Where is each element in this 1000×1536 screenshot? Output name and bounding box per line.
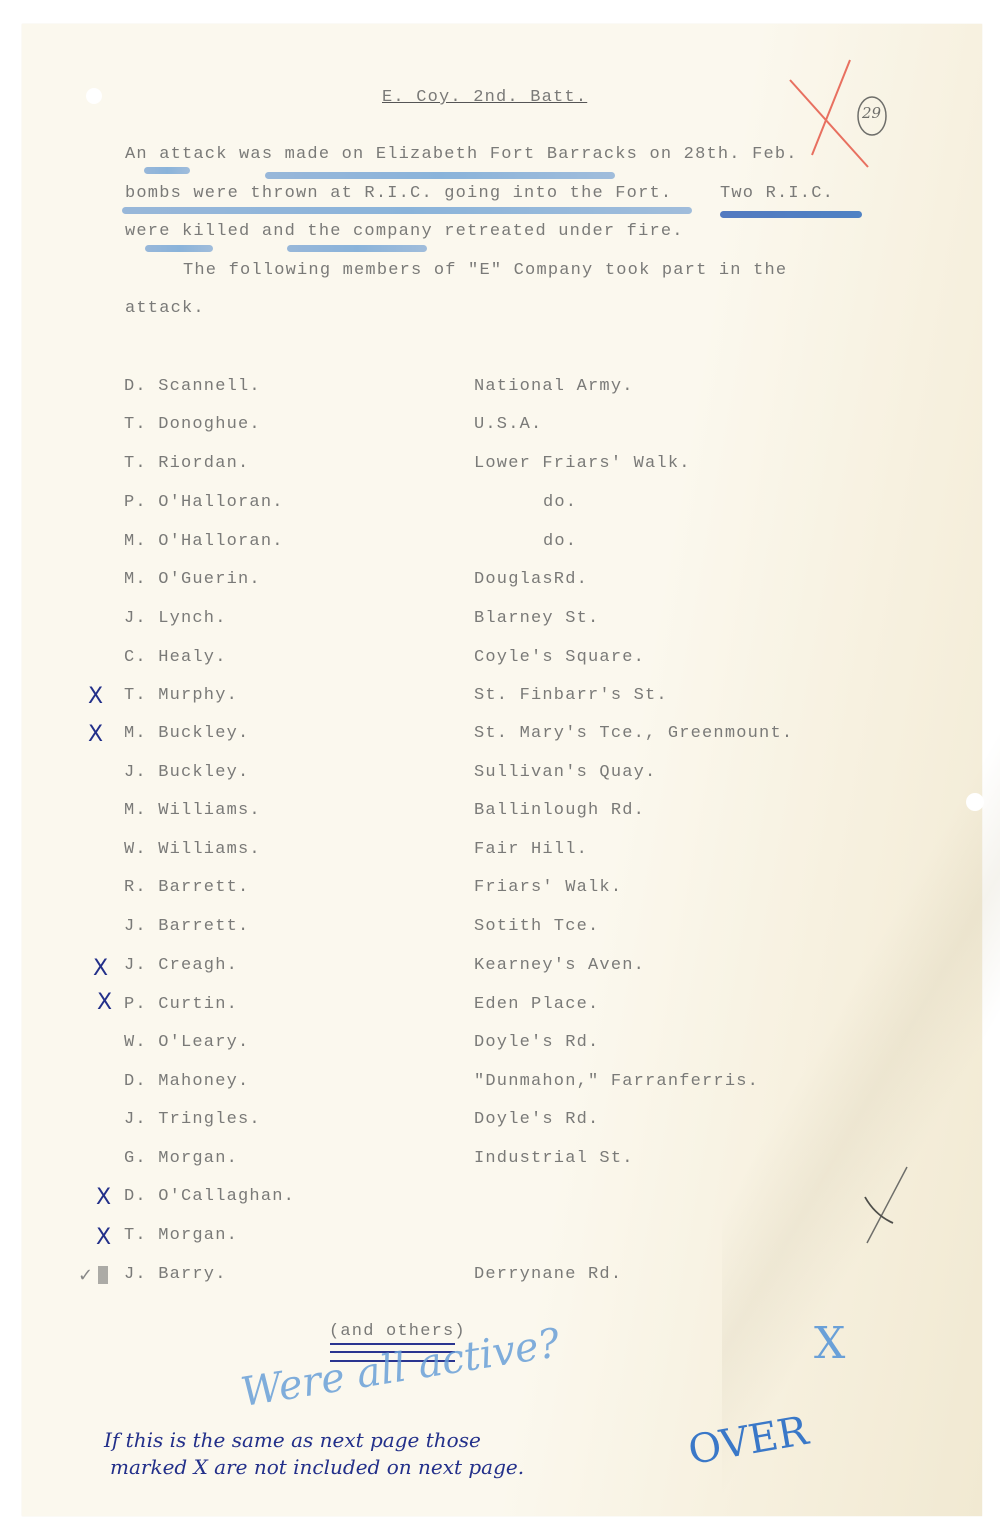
member-name: J. Creagh. xyxy=(124,956,238,975)
x-mark-icon: X xyxy=(88,686,103,708)
punch-hole-right xyxy=(966,793,984,811)
scribble-mark-icon xyxy=(98,1266,108,1284)
page-title: E. Coy. 2nd. Batt. xyxy=(382,88,587,107)
member-name: W. Williams. xyxy=(124,840,261,859)
member-name: C. Healy. xyxy=(124,648,227,667)
page-number: 29 xyxy=(862,104,881,122)
highlight xyxy=(287,245,427,252)
pencil-cross-icon xyxy=(855,1165,915,1245)
member-address: do. xyxy=(543,532,577,551)
member-name: P. O'Halloran. xyxy=(124,493,284,512)
member-address: Industrial St. xyxy=(474,1149,634,1168)
member-name: J. Barrett. xyxy=(124,917,249,936)
member-name: D. Mahoney. xyxy=(124,1072,249,1091)
member-address: DouglasRd. xyxy=(474,570,588,589)
paragraph-line: An attack was made on Elizabeth Fort Bar… xyxy=(125,145,798,164)
member-address: Kearney's Aven. xyxy=(474,956,645,975)
x-mark-icon: X xyxy=(96,1187,111,1209)
member-address: Doyle's Rd. xyxy=(474,1110,599,1129)
member-name: M. Williams. xyxy=(124,801,261,820)
checkmark-icon: ✓ xyxy=(78,1265,93,1287)
member-name: T. Morgan. xyxy=(124,1226,238,1245)
member-name: J. Lynch. xyxy=(124,609,227,628)
x-mark-icon: X xyxy=(96,1227,111,1249)
highlight xyxy=(720,211,862,218)
member-address: Ballinlough Rd. xyxy=(474,801,645,820)
handwritten-note-line-2: marked X are not included on next page. xyxy=(110,1455,524,1479)
punch-hole-left xyxy=(86,88,102,104)
member-address: Sotith Tce. xyxy=(474,917,599,936)
paragraph-line: were killed and the company retreated un… xyxy=(125,222,684,241)
handwritten-note-line-1: If this is the same as next page those xyxy=(104,1428,481,1452)
member-name: T. Murphy. xyxy=(124,686,238,705)
member-name: T. Riordan. xyxy=(124,454,249,473)
member-name: R. Barrett. xyxy=(124,878,249,897)
paragraph-line: Two R.I.C. xyxy=(720,184,834,203)
member-address: Coyle's Square. xyxy=(474,648,645,667)
member-name: J. Tringles. xyxy=(124,1110,261,1129)
member-name: W. O'Leary. xyxy=(124,1033,249,1052)
member-name: D. O'Callaghan. xyxy=(124,1187,295,1206)
x-mark-icon: X xyxy=(93,958,108,980)
member-address: St. Mary's Tce., Greenmount. xyxy=(474,724,793,743)
member-address: Doyle's Rd. xyxy=(474,1033,599,1052)
member-address: Fair Hill. xyxy=(474,840,588,859)
member-name: G. Morgan. xyxy=(124,1149,238,1168)
member-address: National Army. xyxy=(474,377,634,396)
paragraph-line: attack. xyxy=(125,299,205,318)
member-address: "Dunmahon," Farranferris. xyxy=(474,1072,759,1091)
member-address: U.S.A. xyxy=(474,415,542,434)
highlight xyxy=(265,172,615,179)
highlight xyxy=(145,245,213,252)
margin-x-mark: X xyxy=(814,1318,845,1369)
member-address: Blarney St. xyxy=(474,609,599,628)
x-mark-icon: X xyxy=(88,724,103,746)
member-name: D. Scannell. xyxy=(124,377,261,396)
member-name: M. Buckley. xyxy=(124,724,249,743)
member-name: M. O'Guerin. xyxy=(124,570,261,589)
member-name: P. Curtin. xyxy=(124,995,238,1014)
member-name: J. Barry. xyxy=(124,1265,227,1284)
paragraph-line: bombs were thrown at R.I.C. going into t… xyxy=(125,184,672,203)
member-address: Sullivan's Quay. xyxy=(474,763,656,782)
member-address: Friars' Walk. xyxy=(474,878,622,897)
member-name: J. Buckley. xyxy=(124,763,249,782)
member-name: M. O'Halloran. xyxy=(124,532,284,551)
highlight xyxy=(122,207,692,214)
member-address: Derrynane Rd. xyxy=(474,1265,622,1284)
member-address: St. Finbarr's St. xyxy=(474,686,668,705)
member-name: T. Donoghue. xyxy=(124,415,261,434)
highlight xyxy=(144,167,190,174)
x-mark-icon: X xyxy=(97,992,112,1014)
member-address: do. xyxy=(543,493,577,512)
paragraph-line: The following members of "E" Company too… xyxy=(183,261,787,280)
member-address: Lower Friars' Walk. xyxy=(474,454,691,473)
paper-fold xyxy=(722,644,1000,1536)
member-address: Eden Place. xyxy=(474,995,599,1014)
